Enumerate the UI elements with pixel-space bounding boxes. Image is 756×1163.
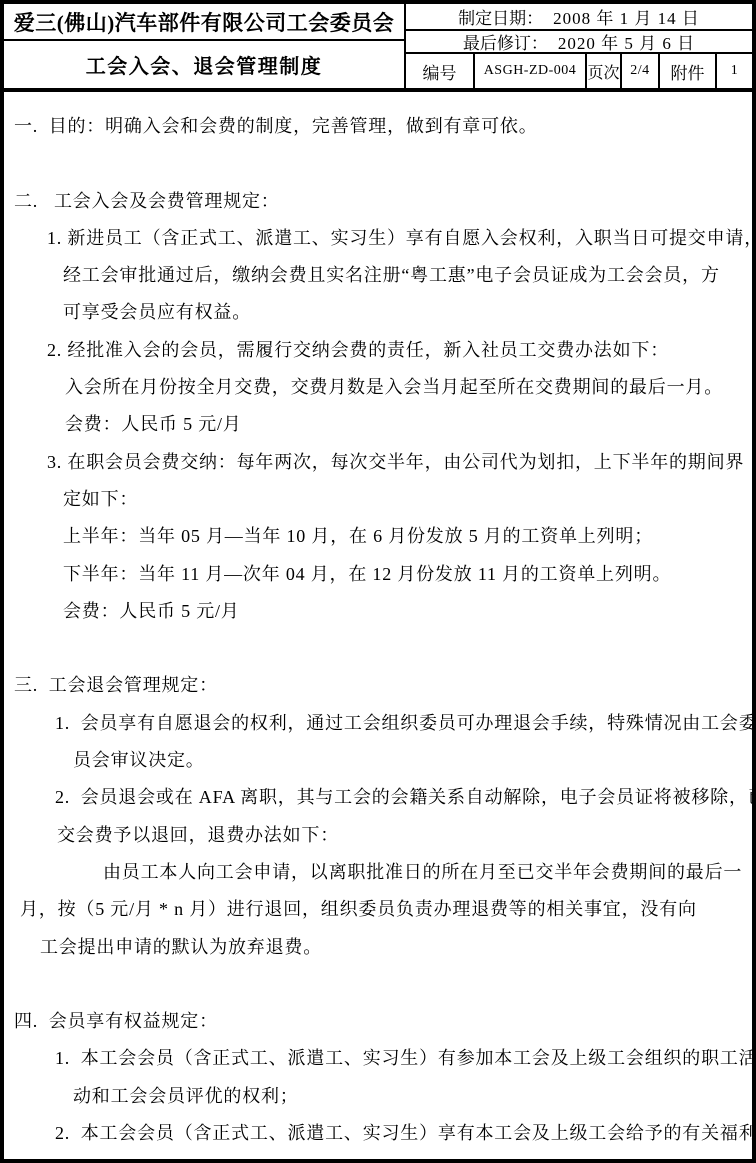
revised-date-row: 最后修订： 2020 年 5 月 6 日	[406, 31, 752, 54]
body-line: 月，按（5 元/月 * n 月）进行退回，组织委员负责办理退费等的相关事宜，没有…	[4, 891, 752, 928]
body-line: 1. 本工会会员（含正式工、派遣工、实习生）有参加本工会及上级工会组织的职工活	[4, 1040, 752, 1077]
body-line-section4-title: 四. 会员享有权益规定：	[4, 1003, 752, 1040]
body-line: 1. 会员享有自愿退会的权利，通过工会组织委员可办理退会手续，特殊情况由工会委	[4, 705, 752, 742]
body-line-section2-title: 二. 工会入会及会费管理规定：	[4, 183, 752, 220]
body-line: 可享受会员应有权益。	[4, 294, 752, 331]
header-right-section: 制定日期： 2008 年 1 月 14 日 最后修订： 2020 年 5 月 6…	[406, 4, 752, 88]
doc-number-label: 编号	[406, 54, 475, 88]
body-line: 1. 新进员工（含正式工、派遣工、实习生）享有自愿入会权利，入职当日可提交申请，	[4, 220, 752, 257]
body-line: 工会提出申请的默认为放弃退费。	[4, 929, 752, 966]
section-gap	[4, 145, 752, 182]
body-line: 会费：人民币 5 元/月	[4, 593, 752, 630]
attachment-label: 附件	[660, 54, 717, 88]
body-line: 入会所在月份按全月交费，交费月数是入会当月起至所在交费期间的最后一月。	[4, 369, 752, 406]
document-title: 工会入会、退会管理制度	[4, 41, 404, 88]
section-gap	[4, 966, 752, 1003]
page-number-label: 页次	[587, 54, 622, 88]
doc-number-value: ASGH-ZD-004	[475, 54, 587, 88]
section-gap	[4, 630, 752, 667]
header-left-section: 爱三(佛山)汽车部件有限公司工会委员会 工会入会、退会管理制度	[4, 4, 406, 88]
body-line: 由员工本人向工会申请，以离职批准日的所在月至已交半年会费期间的最后一	[4, 854, 752, 891]
created-date-value: 2008 年 1 月 14 日	[553, 4, 700, 29]
organization-name: 爱三(佛山)汽车部件有限公司工会委员会	[4, 4, 404, 41]
body-line: 员会审议决定。	[4, 742, 752, 779]
body-line: 2. 会员退会或在 AFA 离职，其与工会的会籍关系自动解除，电子会员证将被移除…	[4, 779, 752, 816]
body-line: 定如下：	[4, 481, 752, 518]
body-line: 下半年：当年 11 月—次年 04 月，在 12 月份发放 11 月的工资单上列…	[4, 556, 752, 593]
body-line: 3. 在职会员会费交纳：每年两次，每次交半年，由公司代为划扣，上下半年的期间界	[4, 444, 752, 481]
body-line: 2. 经批准入会的会员，需履行交纳会费的责任，新入社员工交费办法如下：	[4, 332, 752, 369]
document-page: 爱三(佛山)汽车部件有限公司工会委员会 工会入会、退会管理制度 制定日期： 20…	[0, 0, 756, 1163]
revised-date-value: 2020 年 5 月 6 日	[558, 29, 695, 54]
document-header: 爱三(佛山)汽车部件有限公司工会委员会 工会入会、退会管理制度 制定日期： 20…	[4, 4, 752, 92]
document-body: 一. 目的：明确入会和会费的制度，完善管理，做到有章可依。 二. 工会入会及会费…	[4, 92, 752, 1152]
attachment-value: 1	[717, 54, 752, 88]
body-line: 会费：人民币 5 元/月	[4, 406, 752, 443]
created-date-label: 制定日期：	[458, 4, 543, 29]
document-meta-row: 编号 ASGH-ZD-004 页次 2/4 附件 1	[406, 54, 752, 88]
page-number-value: 2/4	[622, 54, 660, 88]
body-line: 2. 本工会会员（含正式工、派遣工、实习生）享有本工会及上级工会给予的有关福利	[4, 1115, 752, 1152]
revised-date-label: 最后修订：	[463, 29, 548, 54]
body-line: 经工会审批通过后，缴纳会费且实名注册“粤工惠”电子会员证成为工会会员，方	[4, 257, 752, 294]
body-line: 交会费予以退回，退费办法如下：	[4, 817, 752, 854]
created-date-row: 制定日期： 2008 年 1 月 14 日	[406, 4, 752, 31]
body-line-section3-title: 三. 工会退会管理规定：	[4, 667, 752, 704]
body-line: 上半年：当年 05 月—当年 10 月，在 6 月份发放 5 月的工资单上列明；	[4, 518, 752, 555]
body-line: 动和工会会员评优的权利；	[4, 1078, 752, 1115]
body-line-purpose: 一. 目的：明确入会和会费的制度，完善管理，做到有章可依。	[4, 108, 752, 145]
